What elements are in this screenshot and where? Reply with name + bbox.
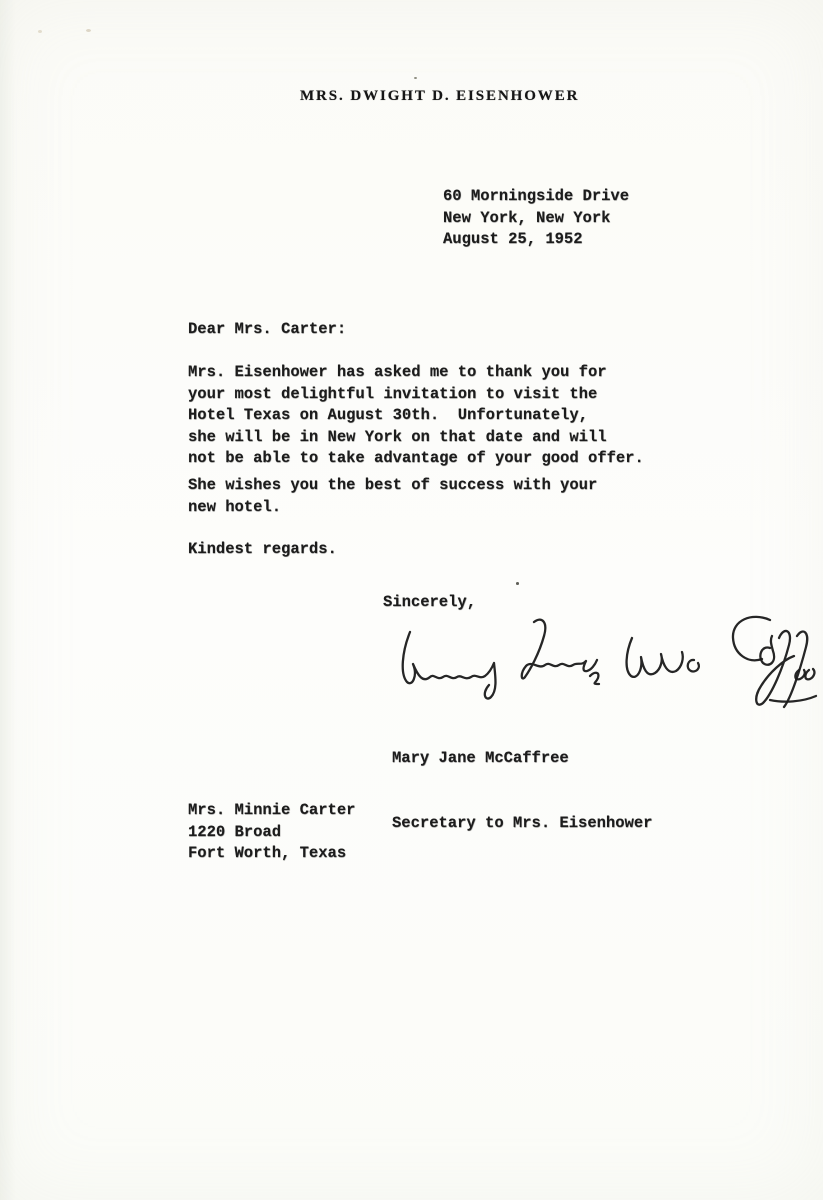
scan-speck — [414, 77, 417, 79]
scan-speck — [86, 29, 91, 32]
body-paragraph-1: Mrs. Eisenhower has asked me to thank yo… — [188, 362, 644, 470]
signer-typed-name: Mary Jane McCaffree — [392, 748, 652, 770]
handwritten-signature — [392, 610, 816, 718]
signer-typed-title: Secretary to Mrs. Eisenhower — [392, 813, 652, 835]
recipient-address-block: Mrs. Minnie Carter 1220 Broad Fort Worth… — [188, 800, 355, 865]
scanned-letter-page: MRS. DWIGHT D. EISENHOWER 60 Morningside… — [0, 0, 823, 1200]
signature-block: Mary Jane McCaffree Secretary to Mrs. Ei… — [392, 705, 652, 877]
salutation: Dear Mrs. Carter: — [188, 319, 346, 341]
letterhead-title: MRS. DWIGHT D. EISENHOWER — [300, 88, 579, 105]
body-paragraph-2: She wishes you the best of success with … — [188, 475, 597, 518]
body-paragraph-3: Kindest regards. — [188, 539, 337, 561]
scan-speck — [516, 582, 519, 585]
scan-speck — [38, 30, 42, 33]
return-address-date-block: 60 Morningside Drive New York, New York … — [443, 186, 629, 251]
